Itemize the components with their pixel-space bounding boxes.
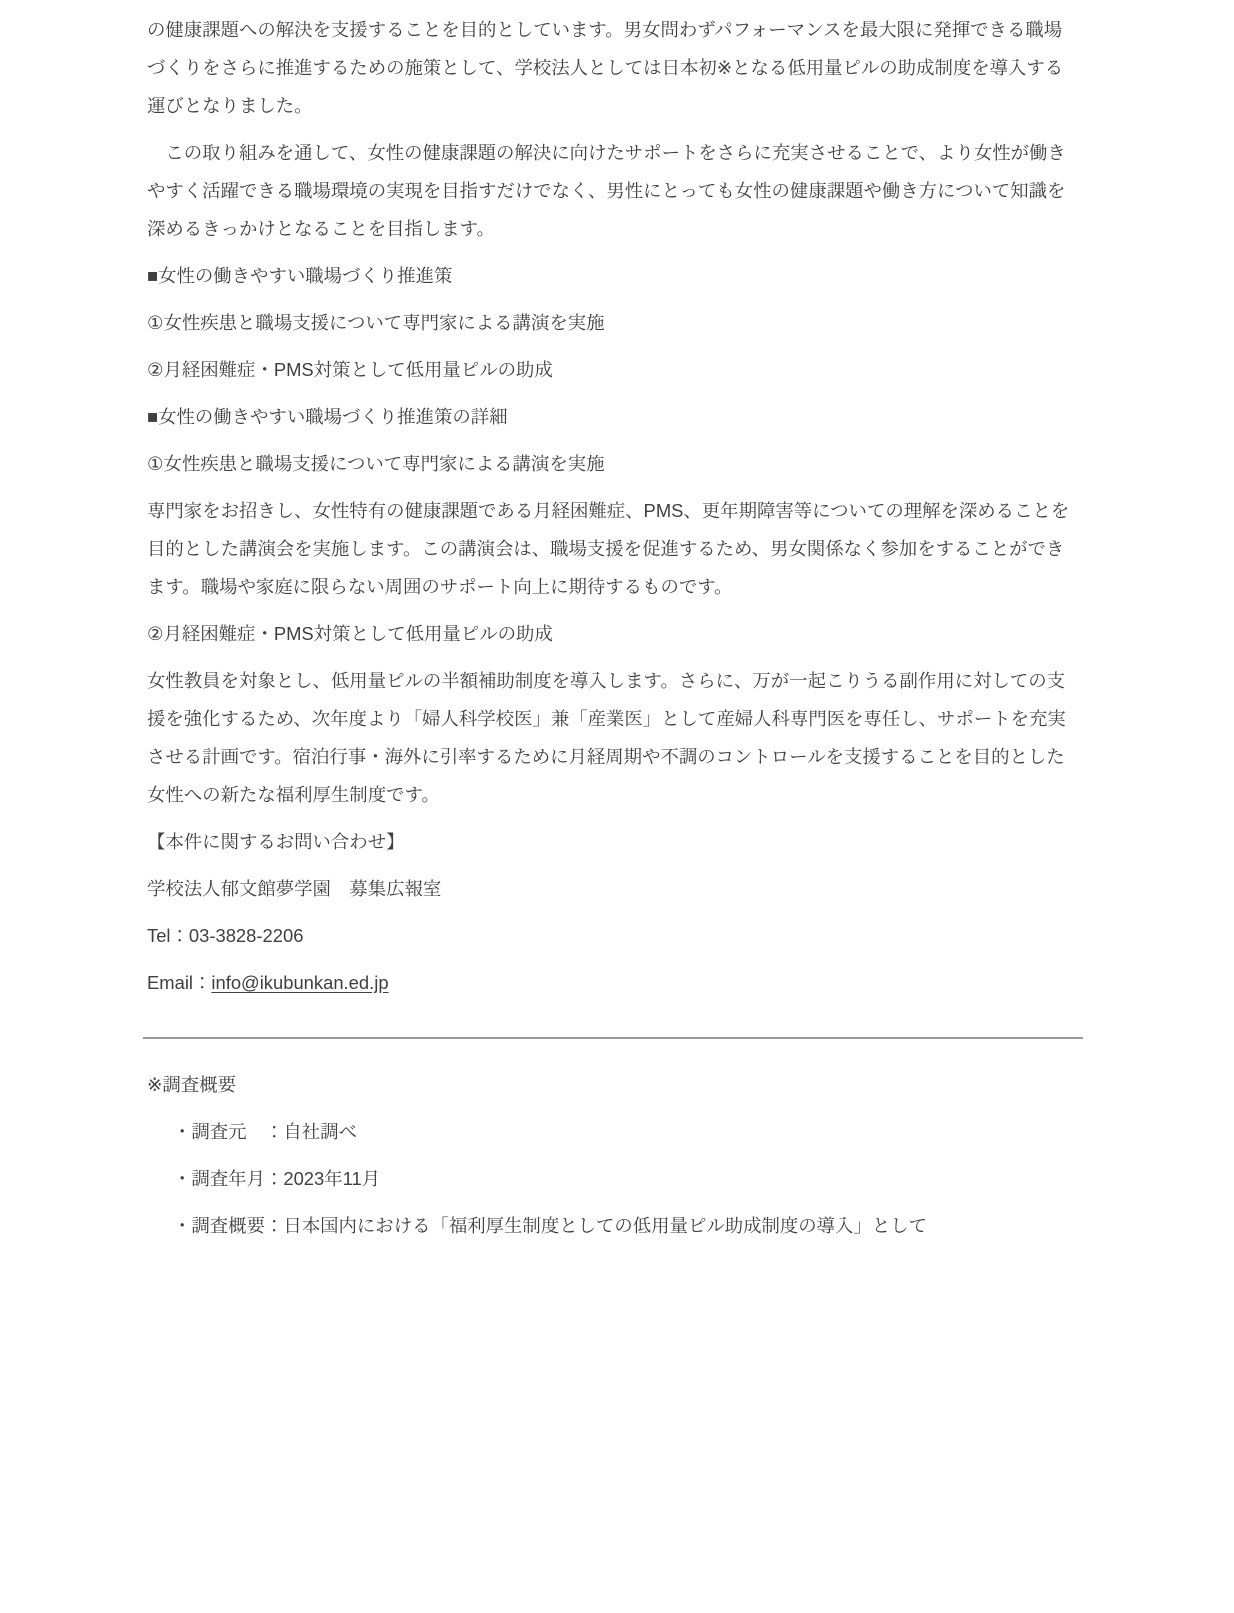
document-body: の健康課題への解決を支援することを目的としています。男女問わずパフォーマンスを最… <box>147 0 1077 1245</box>
intro-paragraph-1: の健康課題への解決を支援することを目的としています。男女問わずパフォーマンスを最… <box>147 11 1077 125</box>
details-item-1-heading: ①女性疾患と職場支援について専門家による講演を実施 <box>147 445 1077 483</box>
details-item-2-heading: ②月経困難症・PMS対策として低用量ピルの助成 <box>147 615 1077 653</box>
survey-item-source: ・調査元 ：自社調べ <box>147 1113 1077 1151</box>
measures-section-heading: ■女性の働きやすい職場づくり推進策 <box>147 257 1077 295</box>
contact-email-line: Email：info@ikubunkan.ed.jp <box>147 964 1077 1002</box>
details-section-heading: ■女性の働きやすい職場づくり推進策の詳細 <box>147 398 1077 436</box>
measures-item-1: ①女性疾患と職場支援について専門家による講演を実施 <box>147 304 1077 342</box>
document-page: の健康課題への解決を支援することを目的としています。男女問わずパフォーマンスを最… <box>0 0 1234 1613</box>
email-link[interactable]: info@ikubunkan.ed.jp <box>211 972 388 993</box>
intro-paragraph-2: この取り組みを通して、女性の健康課題の解決に向けたサポートをさらに充実させること… <box>147 134 1077 248</box>
survey-item-overview: ・調査概要：日本国内における「福利厚生制度としての低用量ピル助成制度の導入」とし… <box>147 1207 1077 1245</box>
details-item-2-body: 女性教員を対象とし、低用量ピルの半額補助制度を導入します。さらに、万が一起こりう… <box>147 662 1077 814</box>
contact-tel: Tel：03-3828-2206 <box>147 917 1077 955</box>
contact-organization: 学校法人郁文館夢学園 募集広報室 <box>147 870 1077 908</box>
survey-item-date: ・調査年月：2023年11月 <box>147 1160 1077 1198</box>
measures-item-2: ②月経困難症・PMS対策として低用量ピルの助成 <box>147 351 1077 389</box>
contact-heading: 【本件に関するお問い合わせ】 <box>147 823 1077 861</box>
contact-email-label: Email： <box>147 972 211 993</box>
section-divider <box>143 1037 1083 1039</box>
survey-heading: ※調査概要 <box>147 1066 1077 1104</box>
details-item-1-body: 専門家をお招きし、女性特有の健康課題である月経困難症、PMS、更年期障害等につい… <box>147 492 1077 606</box>
